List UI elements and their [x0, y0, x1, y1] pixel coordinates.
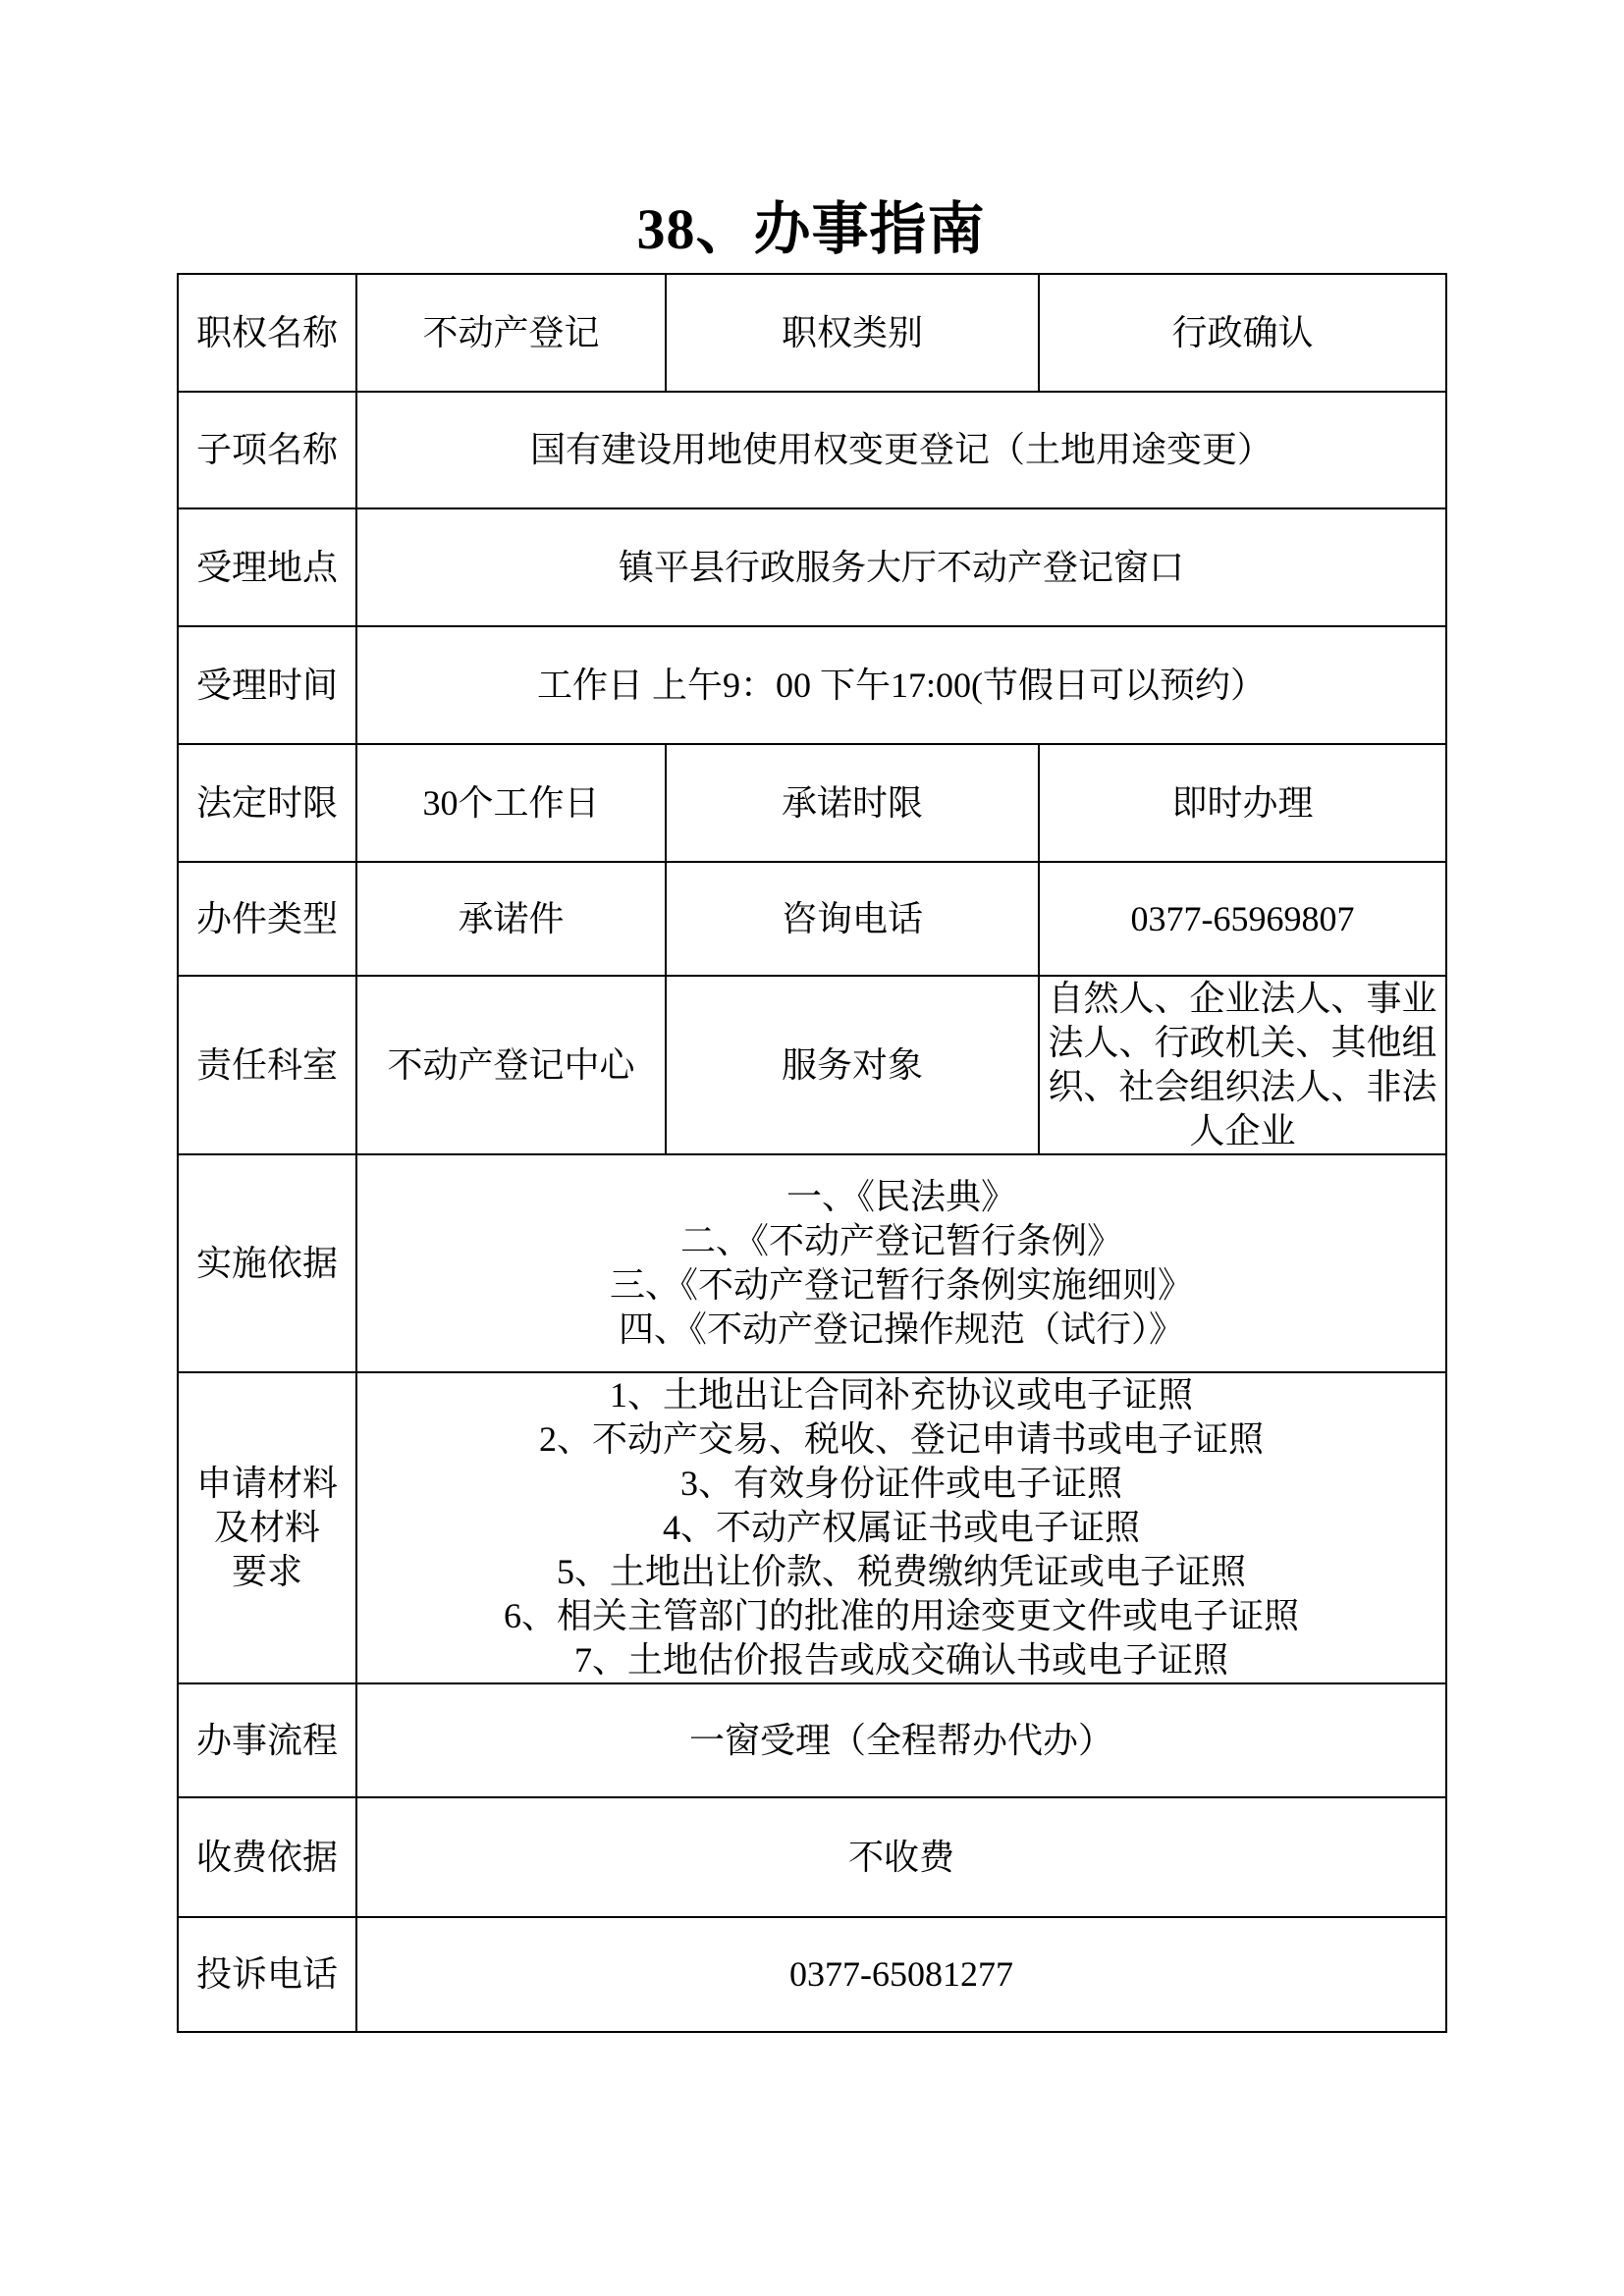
material-item: 4、不动产权属证书或电子证照	[365, 1506, 1437, 1550]
acceptance-place-value: 镇平县行政服务大厅不动产登记窗口	[356, 508, 1446, 626]
document-page: 38、办事指南 职权名称 不动产登记 职权类别 行政确认 子项名称 国有建设用地…	[0, 0, 1624, 2296]
legal-time-limit-value: 30个工作日	[356, 744, 666, 862]
consult-phone-value: 0377-65969807	[1039, 862, 1446, 976]
fee-basis-label: 收费依据	[178, 1797, 356, 1917]
item-type-label: 办件类型	[178, 862, 356, 976]
application-materials-list: 1、土地出让合同补充协议或电子证照 2、不动产交易、税收、登记申请书或电子证照 …	[356, 1372, 1446, 1683]
process-value: 一窗受理（全程帮办代办）	[356, 1683, 1446, 1797]
material-item: 3、有效身份证件或电子证照	[365, 1462, 1437, 1506]
responsible-department-label: 责任科室	[178, 976, 356, 1154]
row-item-type: 办件类型 承诺件 咨询电话 0377-65969807	[178, 862, 1446, 976]
acceptance-time-label: 受理时间	[178, 626, 356, 744]
basis-item: 四、《不动产登记操作规范（试行）》	[365, 1308, 1437, 1352]
complaint-phone-label: 投诉电话	[178, 1917, 356, 2032]
promised-time-limit-label: 承诺时限	[666, 744, 1039, 862]
material-item: 2、不动产交易、税收、登记申请书或电子证照	[365, 1417, 1437, 1462]
material-item: 5、土地出让价款、税费缴纳凭证或电子证照	[365, 1550, 1437, 1594]
row-acceptance-place: 受理地点 镇平县行政服务大厅不动产登记窗口	[178, 508, 1446, 626]
material-item: 7、土地估价报告或成交确认书或电子证照	[365, 1638, 1437, 1682]
row-implementation-basis: 实施依据 一、《民法典》 二、《不动产登记暂行条例》 三、《不动产登记暂行条例实…	[178, 1154, 1446, 1372]
row-fee-basis: 收费依据 不收费	[178, 1797, 1446, 1917]
application-materials-label: 申请材料 及材料 要求	[178, 1372, 356, 1683]
authority-type-label: 职权类别	[666, 274, 1039, 392]
complaint-phone-value: 0377-65081277	[356, 1917, 1446, 2032]
row-responsible-department: 责任科室 不动产登记中心 服务对象 自然人、企业法人、事业法人、行政机关、其他组…	[178, 976, 1446, 1154]
material-item: 1、土地出让合同补充协议或电子证照	[365, 1373, 1437, 1417]
row-application-materials: 申请材料 及材料 要求 1、土地出让合同补充协议或电子证照 2、不动产交易、税收…	[178, 1372, 1446, 1683]
item-type-value: 承诺件	[356, 862, 666, 976]
basis-item: 一、《民法典》	[365, 1175, 1437, 1219]
service-target-label: 服务对象	[666, 976, 1039, 1154]
responsible-department-value: 不动产登记中心	[356, 976, 666, 1154]
acceptance-place-label: 受理地点	[178, 508, 356, 626]
label-line: 要求	[187, 1550, 348, 1594]
acceptance-time-value: 工作日 上午9：00 下午17:00(节假日可以预约）	[356, 626, 1446, 744]
basis-item: 三、《不动产登记暂行条例实施细则》	[365, 1263, 1437, 1308]
consult-phone-label: 咨询电话	[666, 862, 1039, 976]
row-complaint-phone: 投诉电话 0377-65081277	[178, 1917, 1446, 2032]
implementation-basis-list: 一、《民法典》 二、《不动产登记暂行条例》 三、《不动产登记暂行条例实施细则》 …	[356, 1154, 1446, 1372]
legal-time-limit-label: 法定时限	[178, 744, 356, 862]
basis-item: 二、《不动产登记暂行条例》	[365, 1219, 1437, 1263]
subitem-name-value: 国有建设用地使用权变更登记（土地用途变更）	[356, 392, 1446, 508]
fee-basis-value: 不收费	[356, 1797, 1446, 1917]
process-label: 办事流程	[178, 1683, 356, 1797]
row-authority-name: 职权名称 不动产登记 职权类别 行政确认	[178, 274, 1446, 392]
label-line: 及材料	[187, 1506, 348, 1550]
row-subitem-name: 子项名称 国有建设用地使用权变更登记（土地用途变更）	[178, 392, 1446, 508]
authority-name-label: 职权名称	[178, 274, 356, 392]
row-process: 办事流程 一窗受理（全程帮办代办）	[178, 1683, 1446, 1797]
row-legal-time-limit: 法定时限 30个工作日 承诺时限 即时办理	[178, 744, 1446, 862]
row-acceptance-time: 受理时间 工作日 上午9：00 下午17:00(节假日可以预约）	[178, 626, 1446, 744]
service-target-value: 自然人、企业法人、事业法人、行政机关、其他组织、社会组织法人、非法人企业	[1039, 976, 1446, 1154]
authority-type-value: 行政确认	[1039, 274, 1446, 392]
promised-time-limit-value: 即时办理	[1039, 744, 1446, 862]
service-guide-table: 职权名称 不动产登记 职权类别 行政确认 子项名称 国有建设用地使用权变更登记（…	[177, 273, 1447, 2033]
subitem-name-label: 子项名称	[178, 392, 356, 508]
authority-name-value: 不动产登记	[356, 274, 666, 392]
implementation-basis-label: 实施依据	[178, 1154, 356, 1372]
material-item: 6、相关主管部门的批准的用途变更文件或电子证照	[365, 1594, 1437, 1638]
label-line: 申请材料	[187, 1462, 348, 1506]
page-title: 38、办事指南	[177, 183, 1445, 265]
